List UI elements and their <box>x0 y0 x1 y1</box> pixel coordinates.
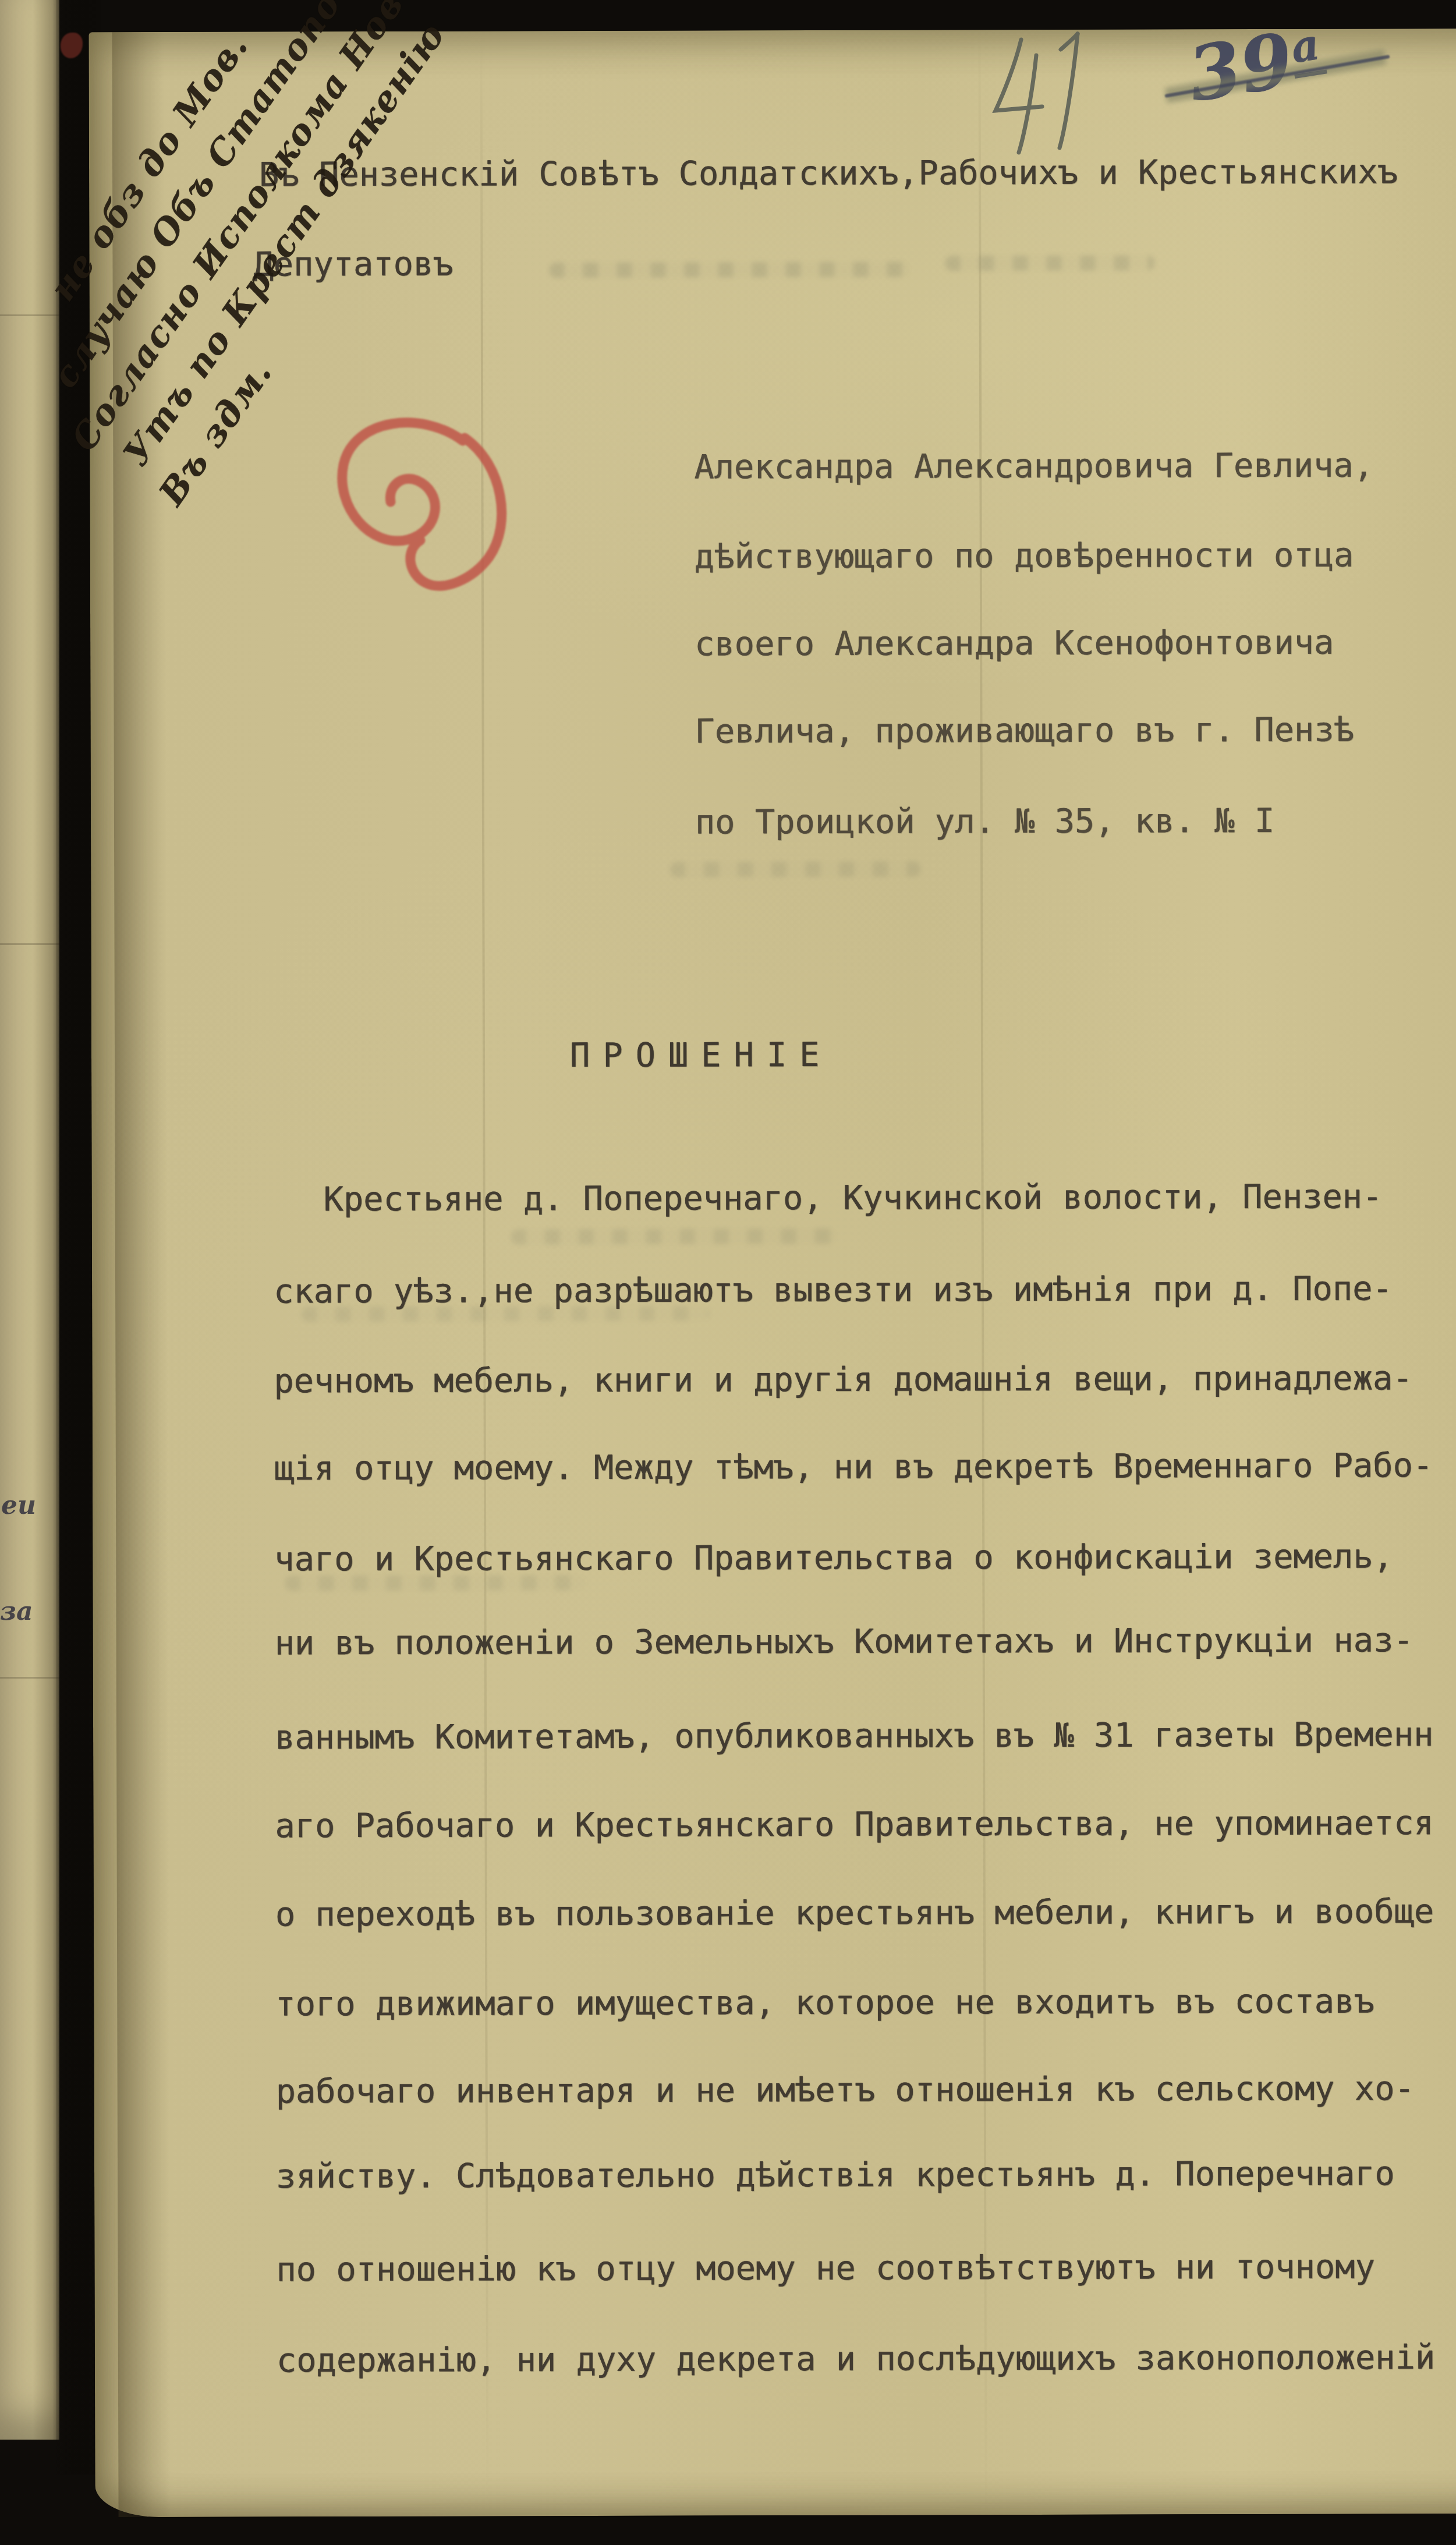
red-crayon-mark-2 <box>0 0 1456 2545</box>
